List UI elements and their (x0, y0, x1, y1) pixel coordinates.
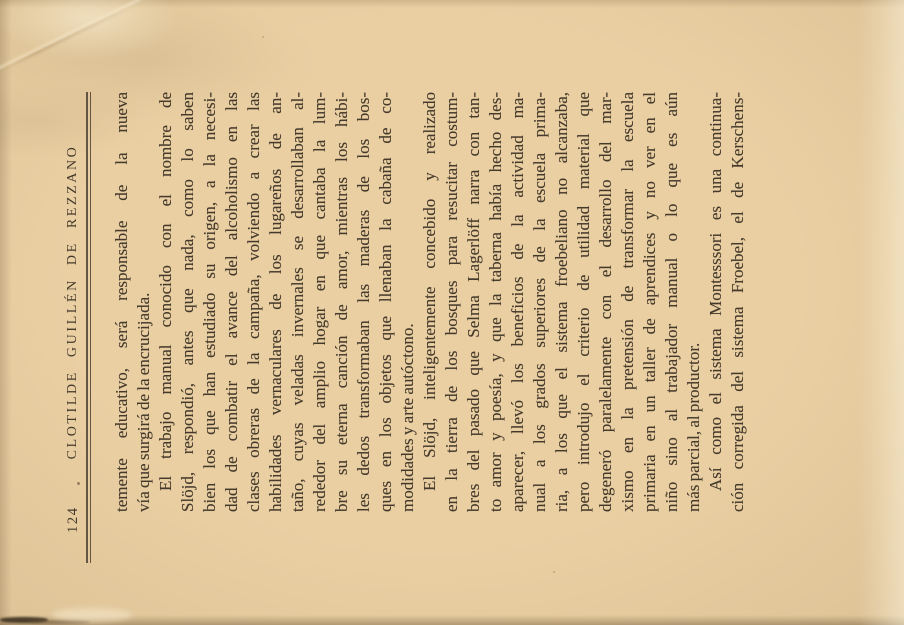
text-line: bres del pasado que Selma Lagerlöff narr… (463, 92, 485, 512)
text-line: ques en los objetos que llenaban la caba… (375, 92, 397, 512)
text-line: degeneró paralelamente con el desarrollo… (595, 92, 617, 512)
text-line: xismo en la pretensión de transformar la… (617, 92, 639, 512)
text-line: ria, a los que el sistema froebeliano no… (551, 92, 573, 512)
text-line: Slöjd, respondió, antes que nada, como l… (177, 92, 199, 512)
text-line: más parcial, al productor. (683, 92, 705, 512)
text-line: habilidades vernaculares de los lugareño… (265, 92, 287, 512)
text-line: nual a los grados superiores de la escue… (529, 92, 551, 512)
page-number: 124 (62, 506, 84, 533)
text-line: temente educativo, será responsable de l… (111, 92, 133, 512)
text-line: rededor del amplio hogar en que cantaba … (309, 92, 331, 512)
text-line: ción corregida del sistema Froebel, el d… (727, 92, 749, 512)
paragraph: temente educativo, será responsable de l… (111, 92, 155, 512)
text-line: bien los que han estudiado su origen, a … (199, 92, 221, 512)
text-line: primaria en un taller de aprendices y no… (639, 92, 661, 512)
text-line: clases obreras de la campaña, volviendo … (243, 92, 265, 512)
text-line: El Slöjd, inteligentemente concebido y r… (419, 92, 441, 512)
text-line: pero introdujo el criterio de utilidad m… (573, 92, 595, 512)
text-line: modidades y arte autóctono. (397, 92, 419, 512)
text-line: aparecer, llevó los beneficios de la act… (507, 92, 529, 512)
running-head: 124 CLOTILDE GUILLÉN DE REZZANO (62, 92, 84, 512)
text-line: vía que surgirá de la encrucijada. (133, 92, 155, 512)
paragraph: El Slöjd, inteligentemente concebido y r… (419, 92, 705, 512)
text-line: niño sino al trabajador manual o lo que … (661, 92, 683, 512)
text-line: El trabajo manual conocido con el nombre… (155, 92, 177, 512)
text-line: taño, cuyas veladas invernales se desarr… (287, 92, 309, 512)
body-text: temente educativo, será responsable de l… (111, 92, 749, 512)
scanned-book-page: 124 CLOTILDE GUILLÉN DE REZZANO temente … (0, 0, 904, 625)
paragraph: El trabajo manual conocido con el nombre… (155, 92, 419, 512)
text-line: dad de combatir el avance del alcoholism… (221, 92, 243, 512)
text-line: Así como el sistema Montesssori es una c… (705, 92, 727, 512)
rotated-page-content: 124 CLOTILDE GUILLÉN DE REZZANO temente … (0, 0, 904, 625)
text-line: to amor y poesía, y que la taberna había… (485, 92, 507, 512)
header-double-rule (86, 92, 91, 563)
text-line: bre su eterna canción de amor, mientras … (331, 92, 353, 512)
text-block: 124 CLOTILDE GUILLÉN DE REZZANO temente … (0, 92, 749, 512)
running-title: CLOTILDE GUILLÉN DE REZZANO (65, 145, 80, 460)
paragraph: Así como el sistema Montesssori es una c… (705, 92, 749, 512)
text-line: en la tierra de los bosques para resucit… (441, 92, 463, 512)
text-line: les dedos transformaban las maderas de l… (353, 92, 375, 512)
